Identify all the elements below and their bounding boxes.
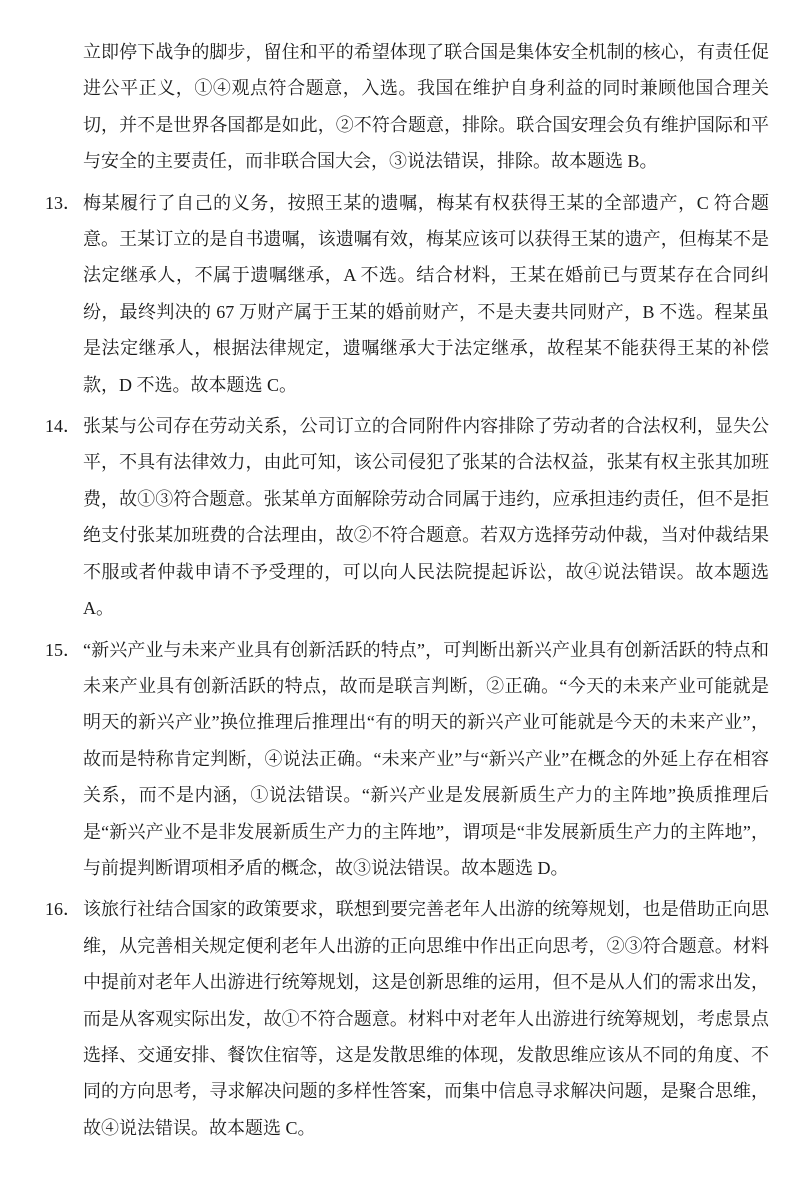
answer-explanation-text: 立即停下战争的脚步，留住和平的希望体现了联合国是集体安全机制的核心，有责任促进公…: [83, 34, 769, 180]
question-number: 14．: [45, 408, 83, 444]
answer-item-13: 13． 梅某履行了自己的义务，按照王某的遗嘱，梅某有权获得王某的全部遗产，C 符…: [45, 185, 769, 403]
answer-item-14: 14． 张某与公司存在劳动关系，公司订立的合同附件内容排除了劳动者的合法权利，显…: [45, 408, 769, 626]
question-number: 16．: [45, 891, 83, 927]
answer-explanation-text: 该旅行社结合国家的政策要求，联想到要完善老年人出游的统筹规划，也是借助正向思维，…: [83, 891, 769, 1146]
answer-explanation-text: 梅某履行了自己的义务，按照王某的遗嘱，梅某有权获得王某的全部遗产，C 符合题意。…: [83, 185, 769, 403]
question-number: 15．: [45, 632, 83, 668]
answer-explanation-text: 张某与公司存在劳动关系，公司订立的合同附件内容排除了劳动者的合法权利，显失公平，…: [83, 408, 769, 626]
question-number: 13．: [45, 185, 83, 221]
exam-answer-page: 立即停下战争的脚步，留住和平的希望体现了联合国是集体安全机制的核心，有责任促进公…: [0, 0, 800, 1198]
answer-item-12-continuation: 立即停下战争的脚步，留住和平的希望体现了联合国是集体安全机制的核心，有责任促进公…: [45, 34, 769, 180]
answer-item-16: 16． 该旅行社结合国家的政策要求，联想到要完善老年人出游的统筹规划，也是借助正…: [45, 891, 769, 1146]
answer-explanation-text: “新兴产业与未来产业具有创新活跃的特点”，可判断出新兴产业具有创新活跃的特点和未…: [83, 632, 769, 887]
answer-item-15: 15． “新兴产业与未来产业具有创新活跃的特点”，可判断出新兴产业具有创新活跃的…: [45, 632, 769, 887]
